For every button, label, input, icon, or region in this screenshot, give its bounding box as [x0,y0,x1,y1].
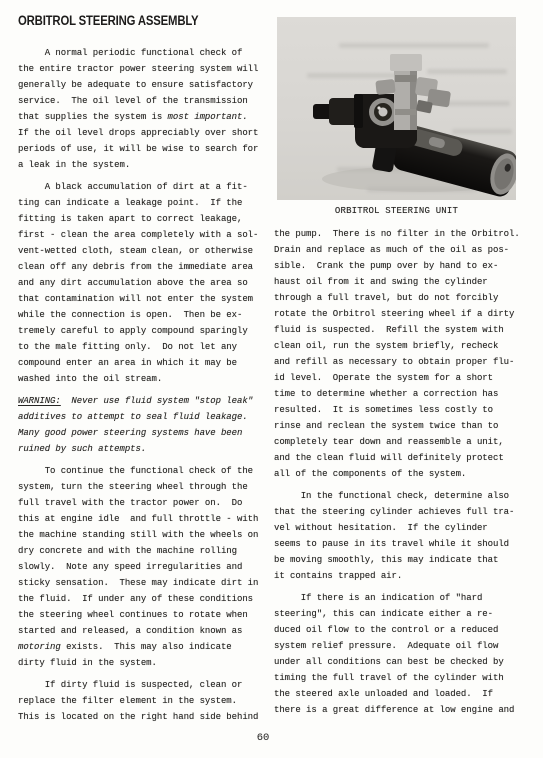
text-line: If there is an indication of "hard [274,590,526,606]
text-segment: A normal periodic functional check of [18,48,242,58]
text-segment: rinse and reclean the system twice than … [274,421,498,431]
text-segment: rotate the Orbitrol steering wheel if a … [274,309,514,319]
paragraph: A black accumulation of dirt at a fit-ti… [18,179,270,387]
text-segment: tremely careful to apply compound sparin… [18,326,248,336]
text-segment: If the oil level drops appreciably over … [18,128,258,138]
text-line: system relief pressure. Adequate oil flo… [274,638,526,654]
text-segment: sible. Crank the pump over by hand to ex… [274,261,498,271]
page-number: 60 [243,732,283,744]
text-segment: a leak in the system. [18,160,130,170]
text-segment: all of the components of the system. [274,469,466,479]
text-segment: Drain and replace as much of the oil as … [274,245,509,255]
paragraph: If there is an indication of "hardsteeri… [274,590,526,718]
text-line: rotate the Orbitrol steering wheel if a … [274,306,526,322]
text-line: that contamination will not enter the sy… [18,291,270,307]
text-segment: If there is an indication of "hard [274,593,482,603]
text-line: periods of use, it will be wise to searc… [18,141,270,157]
text-line: system, turn the steering wheel through … [18,479,270,495]
text-line: clean oil, run the system briefly, reche… [274,338,526,354]
text-line: id level. Operate the system for a short [274,370,526,386]
text-line: replace the filter element in the system… [18,693,270,709]
text-segment: while the connection is open. Then be ex… [18,310,242,320]
text-segment: that supplies the system is [18,112,168,122]
text-line: vel without hesitation. If the cylinder [274,520,526,536]
text-segment: If dirty fluid is suspected, clean or [18,680,242,690]
text-segment: time to determine whether a correction h… [274,389,498,399]
text-segment: the fluid. If under any of these conditi… [18,594,253,604]
paragraph: To continue the functional check of thes… [18,463,270,671]
right-column: the pump. There is no filter in the Orbi… [274,226,526,724]
text-line: dry concrete and with the machine rollin… [18,543,270,559]
text-line: seems to pause in its travel while it sh… [274,536,526,552]
text-segment: ruined by such attempts. [18,444,146,454]
text-line: fitting is taken apart to correct leakag… [18,211,270,227]
text-segment: clean oil, run the system briefly, reche… [274,341,498,351]
text-line: this at engine idle and full throttle - … [18,511,270,527]
text-segment: most important. [168,112,248,122]
text-segment: generally be adequate to ensure satisfac… [18,80,253,90]
text-segment: A black accumulation of dirt at a fit- [18,182,248,192]
text-segment: motoring [18,642,61,652]
text-segment: Many good power steering systems have be… [18,428,242,438]
text-segment: full travel with the tractor power on. D… [18,498,242,508]
text-segment: WARNING: [18,396,61,406]
document-page: ORBITROL STEERING ASSEMBLY [0,0,543,758]
text-line: sticky sensation. These may indicate dir… [18,575,270,591]
text-line: that the steering cylinder achieves full… [274,504,526,520]
text-line: WARNING: Never use fluid system "stop le… [18,393,270,409]
text-segment: additives to attempt to seal fluid leaka… [18,412,248,422]
text-line: the steered axle unloaded and loaded. If [274,686,526,702]
text-segment: seems to pause in its travel while it sh… [274,539,509,549]
text-segment: dry concrete and with the machine rollin… [18,546,237,556]
text-segment: it contains trapped air. [274,571,402,581]
text-segment: and any dirt accumulation above the area… [18,278,248,288]
text-line: all of the components of the system. [274,466,526,482]
paragraph: In the functional check, determine alsot… [274,488,526,584]
text-line: the pump. There is no filter in the Orbi… [274,226,526,242]
text-segment: vel without hesitation. If the cylinder [274,523,488,533]
text-line: and refill as necessary to obtain proper… [274,354,526,370]
text-line: the entire tractor power steering system… [18,61,270,77]
text-segment: resulted. It is sometimes less costly to [274,405,493,415]
text-segment: system, turn the steering wheel through … [18,482,248,492]
text-line: If the oil level drops appreciably over … [18,125,270,141]
text-line: tremely careful to apply compound sparin… [18,323,270,339]
text-segment: the entire tractor power steering system… [18,64,258,74]
text-segment: and the clean fluid will definitely prot… [274,453,504,463]
text-line: the fluid. If under any of these conditi… [18,591,270,607]
text-line: to the male fitting only. Do not let any [18,339,270,355]
text-segment: In the functional check, determine also [274,491,509,501]
text-segment: haust oil from it and swing the cylinder [274,277,488,287]
text-segment: under all conditions can best be checked… [274,657,504,667]
text-segment: washed into the oil stream. [18,374,162,384]
text-line: dirty fluid in the system. [18,655,270,671]
text-line: slowly. Note any speed irregularities an… [18,559,270,575]
text-segment: slowly. Note any speed irregularities an… [18,562,242,572]
text-line: Many good power steering systems have be… [18,425,270,441]
text-segment: fluid is suspected. Refill the system wi… [274,325,504,335]
text-line: haust oil from it and swing the cylinder [274,274,526,290]
text-segment: id level. Operate the system for a short [274,373,493,383]
text-line: washed into the oil stream. [18,371,270,387]
text-line: vent-wetted cloth, steam clean, or other… [18,243,270,259]
text-segment: that the steering cylinder achieves full… [274,507,514,517]
text-segment: first - clean the area completely with a… [18,230,258,240]
text-line: the machine standing still with the whee… [18,527,270,543]
text-segment: clean off any debris from the immediate … [18,262,253,272]
text-line: while the connection is open. Then be ex… [18,307,270,323]
paragraph: the pump. There is no filter in the Orbi… [274,226,526,482]
text-line: If dirty fluid is suspected, clean or [18,677,270,693]
text-line: the steering wheel continues to rotate w… [18,607,270,623]
text-line: generally be adequate to ensure satisfac… [18,77,270,93]
text-line: and the clean fluid will definitely prot… [274,450,526,466]
text-line: In the functional check, determine also [274,488,526,504]
text-segment: completely tear down and reassemble a un… [274,437,504,447]
steering-unit-illustration [277,17,516,200]
text-line: A black accumulation of dirt at a fit- [18,179,270,195]
text-line: rinse and reclean the system twice than … [274,418,526,434]
text-segment: to the male fitting only. Do not let any [18,342,237,352]
text-segment: be moving smoothly, this may indicate th… [274,555,498,565]
text-segment: system relief pressure. Adequate oil flo… [274,641,498,651]
text-line: timing the full travel of the cylinder w… [274,670,526,686]
text-line: there is a great difference at low engin… [274,702,526,718]
paragraph: WARNING: Never use fluid system "stop le… [18,393,270,457]
text-segment: and refill as necessary to obtain proper… [274,357,514,367]
left-column: A normal periodic functional check ofthe… [18,45,270,731]
text-line: Drain and replace as much of the oil as … [274,242,526,258]
text-segment: the steering wheel continues to rotate w… [18,610,248,620]
text-segment: duced oil flow to the control or a reduc… [274,625,498,635]
text-line: be moving smoothly, this may indicate th… [274,552,526,568]
text-line: and any dirt accumulation above the area… [18,275,270,291]
text-line: resulted. It is sometimes less costly to [274,402,526,418]
text-line: This is located on the right hand side b… [18,709,270,725]
text-line: started and released, a condition known … [18,623,270,639]
text-line: first - clean the area completely with a… [18,227,270,243]
text-segment: exists. This may also indicate [61,642,232,652]
page-title: ORBITROL STEERING ASSEMBLY [18,13,198,28]
text-line: that supplies the system is most importa… [18,109,270,125]
text-line: it contains trapped air. [274,568,526,584]
text-line: additives to attempt to seal fluid leaka… [18,409,270,425]
text-segment: service. The oil level of the transmissi… [18,96,248,106]
text-segment: This is located on the right hand side b… [18,712,258,722]
text-line: ting can indicate a leakage point. If th… [18,195,270,211]
text-line: time to determine whether a correction h… [274,386,526,402]
steering-unit-photo [277,17,516,200]
text-segment: vent-wetted cloth, steam clean, or other… [18,246,253,256]
text-segment: compound enter an area in which it may b… [18,358,237,368]
text-line: clean off any debris from the immediate … [18,259,270,275]
text-segment: To continue the functional check of the [18,466,253,476]
text-segment: started and released, a condition known … [18,626,242,636]
text-segment: Never use fluid system "stop leak" [61,396,253,406]
text-segment: sticky sensation. These may indicate dir… [18,578,258,588]
text-line: compound enter an area in which it may b… [18,355,270,371]
text-line: sible. Crank the pump over by hand to ex… [274,258,526,274]
text-line: duced oil flow to the control or a reduc… [274,622,526,638]
text-segment: fitting is taken apart to correct leakag… [18,214,242,224]
text-segment: ting can indicate a leakage point. If th… [18,198,242,208]
text-segment: timing the full travel of the cylinder w… [274,673,504,683]
text-segment: the pump. There is no filter in the Orbi… [274,229,520,239]
paragraph: A normal periodic functional check ofthe… [18,45,270,173]
text-line: service. The oil level of the transmissi… [18,93,270,109]
text-line: steering", this can indicate either a re… [274,606,526,622]
text-segment: that contamination will not enter the sy… [18,294,253,304]
text-line: under all conditions can best be checked… [274,654,526,670]
text-segment: dirty fluid in the system. [18,658,157,668]
text-line: A normal periodic functional check of [18,45,270,61]
text-segment: steering", this can indicate either a re… [274,609,493,619]
text-segment: there is a great difference at low engin… [274,705,514,715]
text-line: a leak in the system. [18,157,270,173]
text-line: motoring exists. This may also indicate [18,639,270,655]
text-segment: replace the filter element in the system… [18,696,237,706]
text-segment: through a full travel, but do not forcib… [274,293,498,303]
text-segment: periods of use, it will be wise to searc… [18,144,258,154]
text-line: ruined by such attempts. [18,441,270,457]
text-segment: the steered axle unloaded and loaded. If [274,689,493,699]
paragraph: If dirty fluid is suspected, clean orrep… [18,677,270,725]
text-segment: this at engine idle and full throttle - … [18,514,258,524]
text-line: fluid is suspected. Refill the system wi… [274,322,526,338]
text-line: through a full travel, but do not forcib… [274,290,526,306]
figure-caption: ORBITROL STEERING UNIT [277,206,516,216]
text-line: To continue the functional check of the [18,463,270,479]
text-segment: the machine standing still with the whee… [18,530,258,540]
text-line: full travel with the tractor power on. D… [18,495,270,511]
text-line: completely tear down and reassemble a un… [274,434,526,450]
